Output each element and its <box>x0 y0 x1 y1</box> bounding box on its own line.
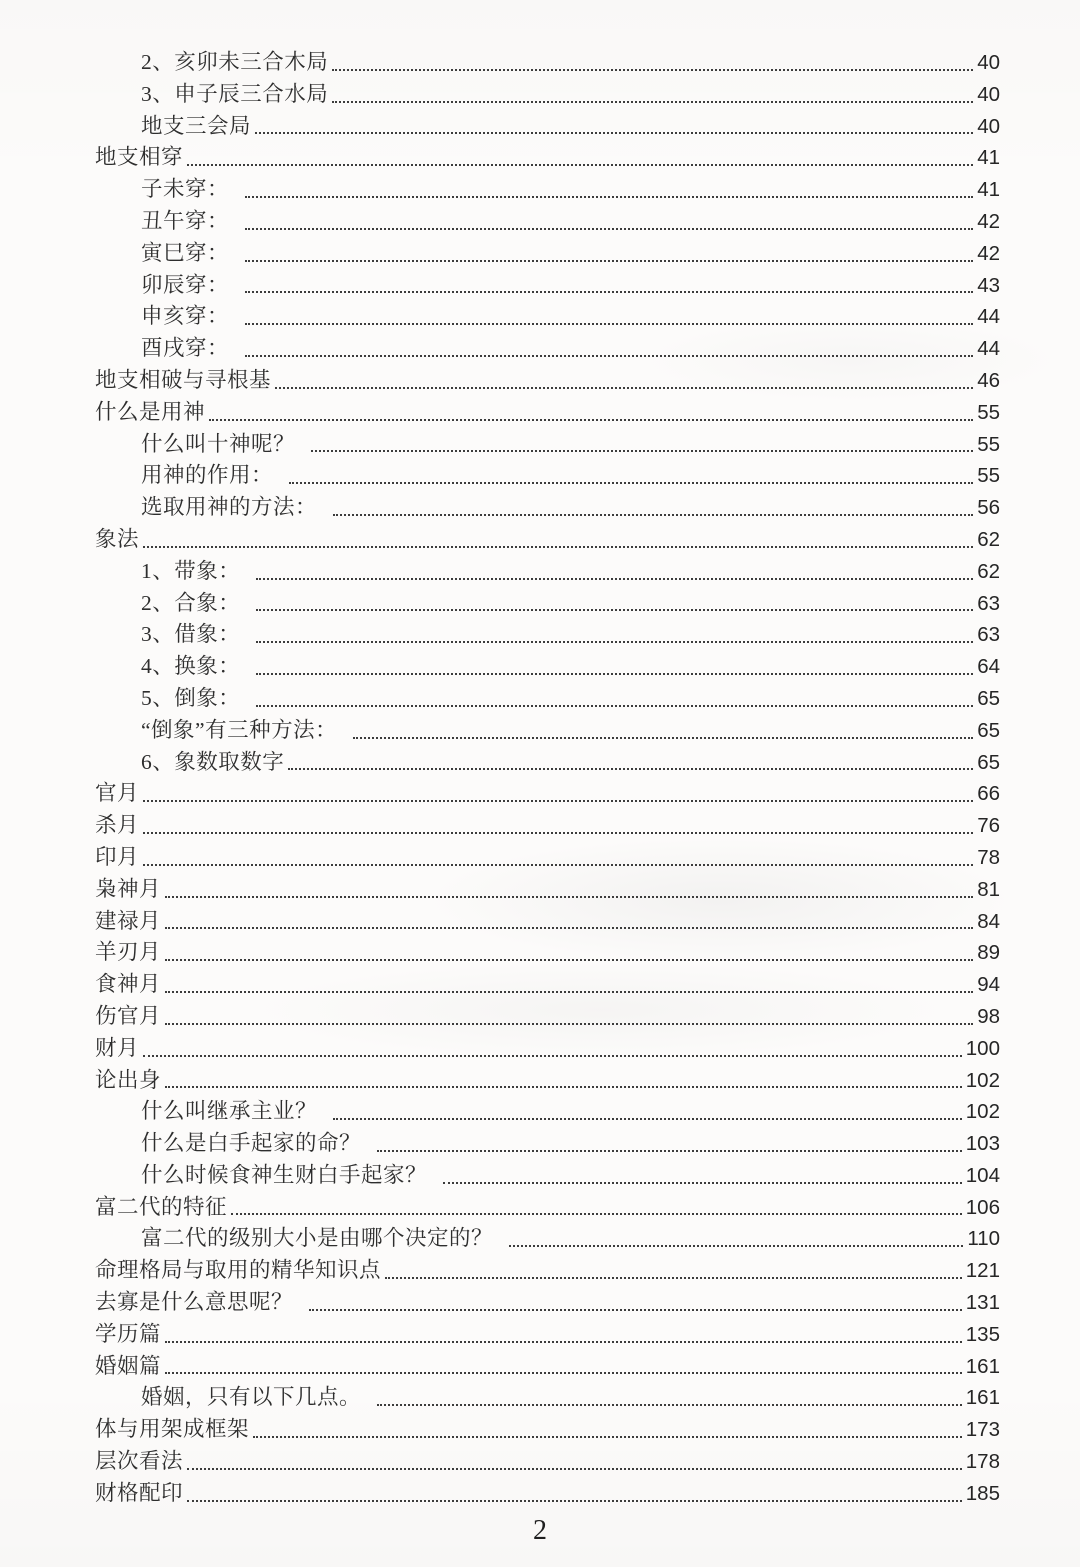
toc-entry-title: 地支相穿 <box>95 142 183 174</box>
toc-entry-title: 丑午穿： <box>141 206 229 238</box>
toc-entry-page: 40 <box>977 47 1000 79</box>
dot-leader <box>231 1213 962 1215</box>
toc-entry-title: 5、倒象： <box>141 683 240 715</box>
toc-entry: 羊刃月89 <box>95 937 1000 969</box>
toc-entry-title: 什么叫十神呢？ <box>141 429 295 461</box>
toc-entry-title: 寅巳穿： <box>141 238 229 270</box>
toc-entry-page: 63 <box>977 619 1000 651</box>
toc-entry-page: 102 <box>966 1096 1000 1128</box>
toc-entry-title: 建禄月 <box>95 906 161 938</box>
toc-entry-page: 65 <box>977 747 1000 779</box>
dot-leader <box>353 737 973 739</box>
toc-entry: 富二代的级别大小是由哪个决定的？110 <box>95 1223 1000 1255</box>
dot-leader <box>165 1341 962 1343</box>
toc-entry: 象法62 <box>95 524 1000 556</box>
toc-entry-title: 体与用架成框架 <box>95 1414 249 1446</box>
toc-entry-title: 伤官月 <box>95 1001 161 1033</box>
toc-entry-page: 62 <box>977 556 1000 588</box>
dot-leader <box>256 673 973 675</box>
toc-entry-page: 55 <box>977 429 1000 461</box>
dot-leader <box>143 864 973 866</box>
dot-leader <box>255 132 973 134</box>
toc-entry-page: 161 <box>966 1382 1000 1414</box>
toc-entry-page: 41 <box>977 142 1000 174</box>
toc-entry: 地支三会局40 <box>95 111 1000 143</box>
page-number: 2 <box>0 1515 1080 1547</box>
toc-entry-title: 选取用神的方法： <box>141 492 317 524</box>
toc-entry: 3、借象：63 <box>95 619 1000 651</box>
toc-entry: 2、合象：63 <box>95 588 1000 620</box>
dot-leader <box>143 800 973 802</box>
toc-entry: 选取用神的方法：56 <box>95 492 1000 524</box>
toc-entry: 什么是用神55 <box>95 397 1000 429</box>
toc-entry-title: 论出身 <box>95 1065 161 1097</box>
dot-leader <box>245 228 973 230</box>
toc-entry-page: 185 <box>966 1478 1000 1510</box>
toc-entry-title: 3、申子辰三合水局 <box>141 79 328 111</box>
toc-entry-page: 64 <box>977 651 1000 683</box>
toc-entry-page: 98 <box>977 1001 1000 1033</box>
document-page: 2、亥卯未三合木局403、申子辰三合水局40地支三会局40地支相穿41子未穿：4… <box>0 0 1080 1567</box>
toc-entry-page: 55 <box>977 397 1000 429</box>
toc-entry-title: 酉戌穿： <box>141 333 229 365</box>
dot-leader <box>275 387 973 389</box>
toc-entry: 什么时候食神生财白手起家？104 <box>95 1160 1000 1192</box>
toc-entry: 去寡是什么意思呢？131 <box>95 1287 1000 1319</box>
dot-leader <box>143 832 973 834</box>
toc-entry: 申亥穿：44 <box>95 301 1000 333</box>
toc-entry-page: 46 <box>977 365 1000 397</box>
toc-entry-title: 富二代的级别大小是由哪个决定的？ <box>141 1223 493 1255</box>
toc-entry-page: 43 <box>977 270 1000 302</box>
toc-entry-page: 55 <box>977 460 1000 492</box>
toc-entry-title: 印月 <box>95 842 139 874</box>
toc-entry: 建禄月84 <box>95 906 1000 938</box>
toc-entry: 学历篇135 <box>95 1319 1000 1351</box>
dot-leader <box>165 1372 962 1374</box>
toc-entry-page: 100 <box>966 1033 1000 1065</box>
toc-entry-title: 2、亥卯未三合木局 <box>141 47 328 79</box>
toc-entry: 婚姻，只有以下几点。161 <box>95 1382 1000 1414</box>
dot-leader <box>377 1404 962 1406</box>
dot-leader <box>332 69 973 71</box>
toc-entry: 枭神月81 <box>95 874 1000 906</box>
toc-entry-page: 102 <box>966 1065 1000 1097</box>
dot-leader <box>165 896 973 898</box>
toc-entry-page: 131 <box>966 1287 1000 1319</box>
toc-entry-page: 41 <box>977 174 1000 206</box>
toc-entry: 体与用架成框架173 <box>95 1414 1000 1446</box>
toc-entry-page: 44 <box>977 333 1000 365</box>
dot-leader <box>253 1436 962 1438</box>
dot-leader <box>245 323 973 325</box>
dot-leader <box>377 1150 962 1152</box>
dot-leader <box>509 1245 963 1247</box>
toc-entry-title: 卯辰穿： <box>141 270 229 302</box>
toc-entry-page: 63 <box>977 588 1000 620</box>
toc-entry: 卯辰穿：43 <box>95 270 1000 302</box>
toc-entry-page: 76 <box>977 810 1000 842</box>
toc-entry-title: 婚姻篇 <box>95 1351 161 1383</box>
toc-entry-page: 42 <box>977 206 1000 238</box>
toc-entry-title: 6、象数取数字 <box>141 747 284 779</box>
dot-leader <box>333 514 973 516</box>
toc-entry: 丑午穿：42 <box>95 206 1000 238</box>
toc-entry-title: 4、换象： <box>141 651 240 683</box>
toc-entry-page: 44 <box>977 301 1000 333</box>
toc-entry: 酉戌穿：44 <box>95 333 1000 365</box>
toc-entry-page: 135 <box>966 1319 1000 1351</box>
toc-entry-title: 财月 <box>95 1033 139 1065</box>
toc-entry-page: 81 <box>977 874 1000 906</box>
toc-entry-title: 什么叫继承主业？ <box>141 1096 317 1128</box>
toc-entry: 食神月94 <box>95 969 1000 1001</box>
toc-entry-title: 婚姻，只有以下几点。 <box>141 1382 361 1414</box>
toc-entry-title: 层次看法 <box>95 1446 183 1478</box>
toc-entry-title: 枭神月 <box>95 874 161 906</box>
toc-entry: “倒象”有三种方法：65 <box>95 715 1000 747</box>
dot-leader <box>256 641 973 643</box>
dot-leader <box>187 1468 962 1470</box>
toc-entry-page: 121 <box>966 1255 1000 1287</box>
dot-leader <box>256 705 973 707</box>
toc-entry-page: 65 <box>977 715 1000 747</box>
toc-entry: 地支相破与寻根基46 <box>95 365 1000 397</box>
dot-leader <box>187 1500 962 1502</box>
toc-entry-title: 官月 <box>95 778 139 810</box>
toc-entry-title: 富二代的特征 <box>95 1192 227 1224</box>
toc-entry-page: 178 <box>966 1446 1000 1478</box>
toc-entry-page: 56 <box>977 492 1000 524</box>
toc-entry: 地支相穿41 <box>95 142 1000 174</box>
dot-leader <box>165 1023 973 1025</box>
toc-entry: 富二代的特征106 <box>95 1192 1000 1224</box>
toc-entry-page: 104 <box>966 1160 1000 1192</box>
dot-leader <box>256 578 973 580</box>
dot-leader <box>256 609 973 611</box>
toc-entry-title: 地支三会局 <box>141 111 251 143</box>
toc-entry-page: 103 <box>966 1128 1000 1160</box>
toc-entry: 什么叫继承主业？102 <box>95 1096 1000 1128</box>
dot-leader <box>143 1055 962 1057</box>
dot-leader <box>245 260 973 262</box>
toc-entry-title: 地支相破与寻根基 <box>95 365 271 397</box>
toc-entry-title: 2、合象： <box>141 588 240 620</box>
toc-entry: 印月78 <box>95 842 1000 874</box>
toc-entry: 论出身102 <box>95 1065 1000 1097</box>
dot-leader <box>332 101 973 103</box>
toc-entry: 财月100 <box>95 1033 1000 1065</box>
toc-entry-title: “倒象”有三种方法： <box>141 715 337 747</box>
dot-leader <box>143 546 973 548</box>
toc-entry-page: 66 <box>977 778 1000 810</box>
toc-entry-title: 象法 <box>95 524 139 556</box>
toc-entry-page: 62 <box>977 524 1000 556</box>
toc-entry: 官月66 <box>95 778 1000 810</box>
toc-entry: 伤官月98 <box>95 1001 1000 1033</box>
dot-leader <box>288 768 973 770</box>
dot-leader <box>443 1182 962 1184</box>
dot-leader <box>245 355 973 357</box>
dot-leader <box>385 1277 962 1279</box>
toc-entry-page: 110 <box>967 1223 1000 1255</box>
toc-entry-title: 3、借象： <box>141 619 240 651</box>
toc-entry: 用神的作用：55 <box>95 460 1000 492</box>
toc-entry-title: 命理格局与取用的精华知识点 <box>95 1255 381 1287</box>
dot-leader <box>311 450 973 452</box>
toc-entry: 6、象数取数字65 <box>95 747 1000 779</box>
toc-entry-title: 子未穿： <box>141 174 229 206</box>
toc-entry-page: 161 <box>966 1351 1000 1383</box>
toc-entry-page: 84 <box>977 906 1000 938</box>
toc-entry-title: 申亥穿： <box>141 301 229 333</box>
dot-leader <box>165 991 973 993</box>
table-of-contents: 2、亥卯未三合木局403、申子辰三合水局40地支三会局40地支相穿41子未穿：4… <box>95 47 1000 1510</box>
toc-entry: 什么是白手起家的命？103 <box>95 1128 1000 1160</box>
toc-entry-page: 89 <box>977 937 1000 969</box>
toc-entry: 婚姻篇161 <box>95 1351 1000 1383</box>
toc-entry-title: 财格配印 <box>95 1478 183 1510</box>
toc-entry-page: 78 <box>977 842 1000 874</box>
toc-entry: 1、带象：62 <box>95 556 1000 588</box>
toc-entry-title: 杀月 <box>95 810 139 842</box>
toc-entry-title: 什么是用神 <box>95 397 205 429</box>
toc-entry-page: 106 <box>966 1192 1000 1224</box>
toc-entry: 5、倒象：65 <box>95 683 1000 715</box>
toc-entry: 命理格局与取用的精华知识点121 <box>95 1255 1000 1287</box>
dot-leader <box>187 164 973 166</box>
toc-entry: 2、亥卯未三合木局40 <box>95 47 1000 79</box>
toc-entry-page: 40 <box>977 111 1000 143</box>
dot-leader <box>165 959 973 961</box>
toc-entry-title: 羊刃月 <box>95 937 161 969</box>
toc-entry-title: 用神的作用： <box>141 460 273 492</box>
dot-leader <box>245 291 973 293</box>
toc-entry-page: 173 <box>966 1414 1000 1446</box>
toc-entry: 寅巳穿：42 <box>95 238 1000 270</box>
toc-entry: 4、换象：64 <box>95 651 1000 683</box>
toc-entry: 什么叫十神呢？55 <box>95 429 1000 461</box>
toc-entry: 层次看法178 <box>95 1446 1000 1478</box>
toc-entry-page: 40 <box>977 79 1000 111</box>
toc-entry: 3、申子辰三合水局40 <box>95 79 1000 111</box>
toc-entry: 财格配印185 <box>95 1478 1000 1510</box>
toc-entry-title: 学历篇 <box>95 1319 161 1351</box>
dot-leader <box>333 1118 962 1120</box>
dot-leader <box>165 927 973 929</box>
toc-entry-title: 什么时候食神生财白手起家？ <box>141 1160 427 1192</box>
dot-leader <box>165 1086 962 1088</box>
toc-entry-page: 42 <box>977 238 1000 270</box>
toc-entry-title: 食神月 <box>95 969 161 1001</box>
toc-entry-title: 1、带象： <box>141 556 240 588</box>
dot-leader <box>309 1309 962 1311</box>
dot-leader <box>209 419 973 421</box>
dot-leader <box>245 196 973 198</box>
toc-entry-page: 94 <box>977 969 1000 1001</box>
toc-entry-title: 去寡是什么意思呢？ <box>95 1287 293 1319</box>
toc-entry-page: 65 <box>977 683 1000 715</box>
toc-entry: 杀月76 <box>95 810 1000 842</box>
toc-entry-title: 什么是白手起家的命？ <box>141 1128 361 1160</box>
toc-entry: 子未穿：41 <box>95 174 1000 206</box>
dot-leader <box>289 482 973 484</box>
